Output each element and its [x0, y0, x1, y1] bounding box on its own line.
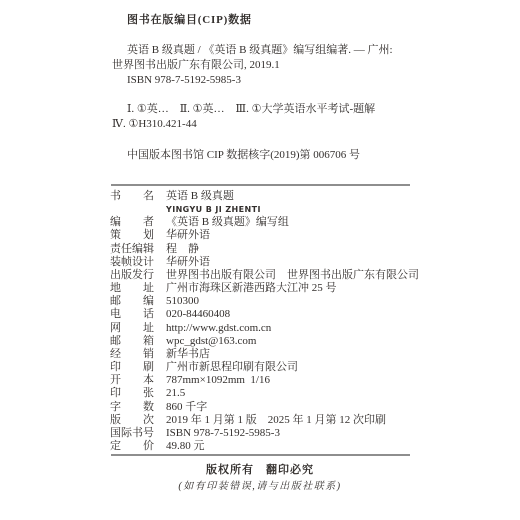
info-row-value: 英语 B 级真题	[166, 190, 234, 203]
book-copyright-page: 图书在版编目(CIP)数据 英语 B 级真题 / 《英语 B 级真题》编写组编著…	[0, 0, 520, 520]
footer: 版权所有 翻印必究 (如有印装错误,请与出版社联系)	[0, 463, 520, 494]
divider-bottom	[111, 454, 410, 456]
info-row-label: 印 刷	[110, 361, 156, 374]
info-row: 策 划华研外语	[110, 229, 520, 242]
info-row: 经 销新华书店	[110, 348, 520, 361]
cip-isbn: ISBN 978-7-5192-5985-3	[112, 73, 420, 88]
info-row-value: 《英语 B 级真题》编写组	[166, 216, 289, 229]
info-row: 邮 箱wpc_gdst@163.com	[110, 335, 520, 348]
info-row-label: 电 话	[110, 308, 156, 321]
cip-classification-line1: Ⅰ. ①英… Ⅱ. ①英… Ⅲ. ①大学英语水平考试-题解	[112, 102, 420, 117]
publication-info-table: 书 名英语 B 级真题 YINGYU B JI ZHENTI 编 者《英语 B …	[0, 190, 520, 453]
info-row-label: 书 名	[110, 190, 156, 203]
cip-title-statement: 英语 B 级真题 / 《英语 B 级真题》编写组编著. — 广州:	[112, 43, 420, 58]
cip-record-number: 中国版本图书馆 CIP 数据核字(2019)第 006706 号	[112, 148, 420, 163]
info-row-value: 新华书店	[166, 348, 210, 361]
info-row-value: 华研外语	[166, 229, 210, 242]
info-row: 印 刷广州市新思程印刷有限公司	[110, 361, 520, 374]
cip-publisher-statement: 世界图书出版广东有限公司, 2019.1	[112, 58, 420, 73]
info-row-label: 邮 编	[110, 295, 156, 308]
info-row-label: 版 次	[110, 414, 156, 427]
info-row-value: wpc_gdst@163.com	[166, 335, 256, 348]
info-row: 电 话020-84460408	[110, 308, 520, 321]
info-row-value: ISBN 978-7-5192-5985-3	[166, 427, 280, 440]
info-row-label: 编 者	[110, 216, 156, 229]
info-row-label: 国际书号	[110, 427, 156, 440]
info-row-value: 510300	[166, 295, 199, 308]
info-row-label: 经 销	[110, 348, 156, 361]
info-row: 责任编辑程 静	[110, 243, 520, 256]
info-row-label: 开 本	[110, 374, 156, 387]
info-row-label: 出版发行	[110, 269, 156, 282]
divider-top	[111, 184, 410, 186]
info-row: 装帧设计华研外语	[110, 256, 520, 269]
info-row-value: 2019 年 1 月第 1 版 2025 年 1 月第 12 次印刷	[166, 414, 386, 427]
info-row: YINGYU B JI ZHENTI	[110, 203, 520, 216]
cip-header: 图书在版编目(CIP)数据	[112, 13, 420, 28]
cip-block: 图书在版编目(CIP)数据 英语 B 级真题 / 《英语 B 级真题》编写组编著…	[0, 0, 520, 163]
misprint-note: (如有印装错误,请与出版社联系)	[0, 480, 520, 494]
info-row-value: 程 静	[166, 243, 199, 256]
cip-classification-line2: Ⅳ. ①H310.421-44	[112, 117, 420, 132]
copyright-notice: 版权所有 翻印必究	[0, 463, 520, 477]
info-row-label: 印 张	[110, 387, 156, 400]
info-row: 邮 编510300	[110, 295, 520, 308]
info-row: 版 次2019 年 1 月第 1 版 2025 年 1 月第 12 次印刷	[110, 414, 520, 427]
info-row: 出版发行世界图书出版有限公司 世界图书出版广东有限公司	[110, 269, 520, 282]
info-row-label: 装帧设计	[110, 256, 156, 269]
info-row-value: http://www.gdst.com.cn	[166, 322, 271, 335]
info-row-label: 邮 箱	[110, 335, 156, 348]
info-row-value: 广州市海珠区新港西路大江冲 25 号	[166, 282, 337, 295]
info-row-label: 字 数	[110, 401, 156, 414]
info-row-label: 策 划	[110, 229, 156, 242]
info-row-value: 49.80 元	[166, 440, 205, 453]
info-row-value: YINGYU B JI ZHENTI	[166, 203, 261, 216]
info-row: 国际书号ISBN 978-7-5192-5985-3	[110, 427, 520, 440]
info-row-value: 华研外语	[166, 256, 210, 269]
info-row-label: 网 址	[110, 322, 156, 335]
info-row-value: 020-84460408	[166, 308, 230, 321]
info-row: 书 名英语 B 级真题	[110, 190, 520, 203]
info-row: 开 本787mm×1092mm 1/16	[110, 374, 520, 387]
info-row-label: 责任编辑	[110, 243, 156, 256]
info-row: 编 者《英语 B 级真题》编写组	[110, 216, 520, 229]
info-row: 印 张21.5	[110, 387, 520, 400]
info-row: 定 价49.80 元	[110, 440, 520, 453]
info-row: 网 址http://www.gdst.com.cn	[110, 322, 520, 335]
info-row-value: 787mm×1092mm 1/16	[166, 374, 270, 387]
info-row-label: 定 价	[110, 440, 156, 453]
info-row: 地 址广州市海珠区新港西路大江冲 25 号	[110, 282, 520, 295]
info-row-value: 860 千字	[166, 401, 207, 414]
info-row-value: 广州市新思程印刷有限公司	[166, 361, 298, 374]
info-row-label: 地 址	[110, 282, 156, 295]
info-row-value: 21.5	[166, 387, 185, 400]
info-row: 字 数860 千字	[110, 401, 520, 414]
info-row-value: 世界图书出版有限公司 世界图书出版广东有限公司	[166, 269, 419, 282]
